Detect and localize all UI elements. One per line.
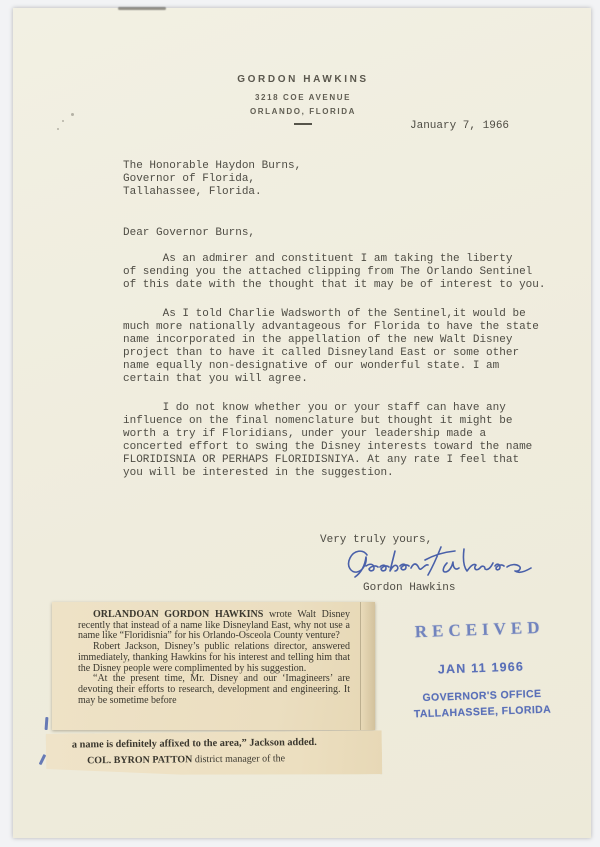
stamp-office: GOVERNOR'S OFFICE: [398, 687, 566, 705]
newspaper-clipping-strip: a name is definitely affixed to the area…: [46, 730, 382, 778]
clipping-strip-partial-line: COL. BYRON PATTON district manager of th…: [72, 753, 368, 767]
clipping-strip-line: a name is definitely affixed to the area…: [72, 737, 368, 751]
stamp-location: TALLAHASSEE, FLORIDA: [398, 703, 566, 721]
scan-smudge: [118, 7, 166, 10]
clipping-strip-rest: district manager of the: [192, 753, 285, 765]
letterhead: GORDON HAWKINS 3218 COE AVENUE ORLANDO, …: [193, 74, 413, 125]
paper-speck: [62, 120, 64, 122]
paper-speck: [57, 128, 59, 130]
letterhead-city: ORLANDO, FLORIDA: [193, 107, 413, 116]
letter-paragraph-1: As an admirer and constituent I am takin…: [123, 253, 545, 292]
letter-paragraph-2: As I told Charlie Wadsworth of the Senti…: [123, 308, 539, 387]
clipping-paragraph-1: ORLANDOAN GORDON HAWKINS wrote Walt Disn…: [78, 610, 350, 642]
letterhead-name: GORDON HAWKINS: [193, 74, 413, 85]
clipping-lead-name: ORLANDOAN GORDON HAWKINS: [93, 609, 263, 620]
clipping-edge-shadow: [362, 602, 375, 730]
clipping-column-rule: [360, 602, 361, 730]
clipping-strip-lead: COL. BYRON PATTON: [87, 754, 192, 766]
pen-mark: [39, 754, 46, 765]
scanned-letter: GORDON HAWKINS 3218 COE AVENUE ORLANDO, …: [0, 0, 600, 847]
received-stamp: RECEIVED JAN 11 1966 GOVERNOR'S OFFICE T…: [395, 617, 566, 721]
salutation: Dear Governor Burns,: [123, 227, 255, 240]
paper-speck: [71, 113, 74, 116]
stamp-received-text: RECEIVED: [395, 617, 564, 643]
letter-page: GORDON HAWKINS 3218 COE AVENUE ORLANDO, …: [13, 8, 591, 838]
letterhead-divider: [294, 123, 312, 125]
newspaper-clipping: ORLANDOAN GORDON HAWKINS wrote Walt Disn…: [52, 602, 375, 730]
pen-mark: [45, 717, 48, 730]
recipient-address: The Honorable Haydon Burns, Governor of …: [123, 160, 301, 199]
clipping-paragraph-3: “At the present time, Mr. Disney and our…: [78, 674, 350, 706]
letter-paragraph-3: I do not know whether you or your staff …: [123, 402, 532, 481]
letterhead-street: 3218 COE AVENUE: [193, 93, 413, 102]
typed-signature-name: Gordon Hawkins: [363, 582, 455, 595]
clipping-paragraph-2: Robert Jackson, Disney’s public relation…: [78, 642, 350, 674]
stamp-date: JAN 11 1966: [397, 658, 565, 678]
letter-date: January 7, 1966: [410, 120, 509, 133]
